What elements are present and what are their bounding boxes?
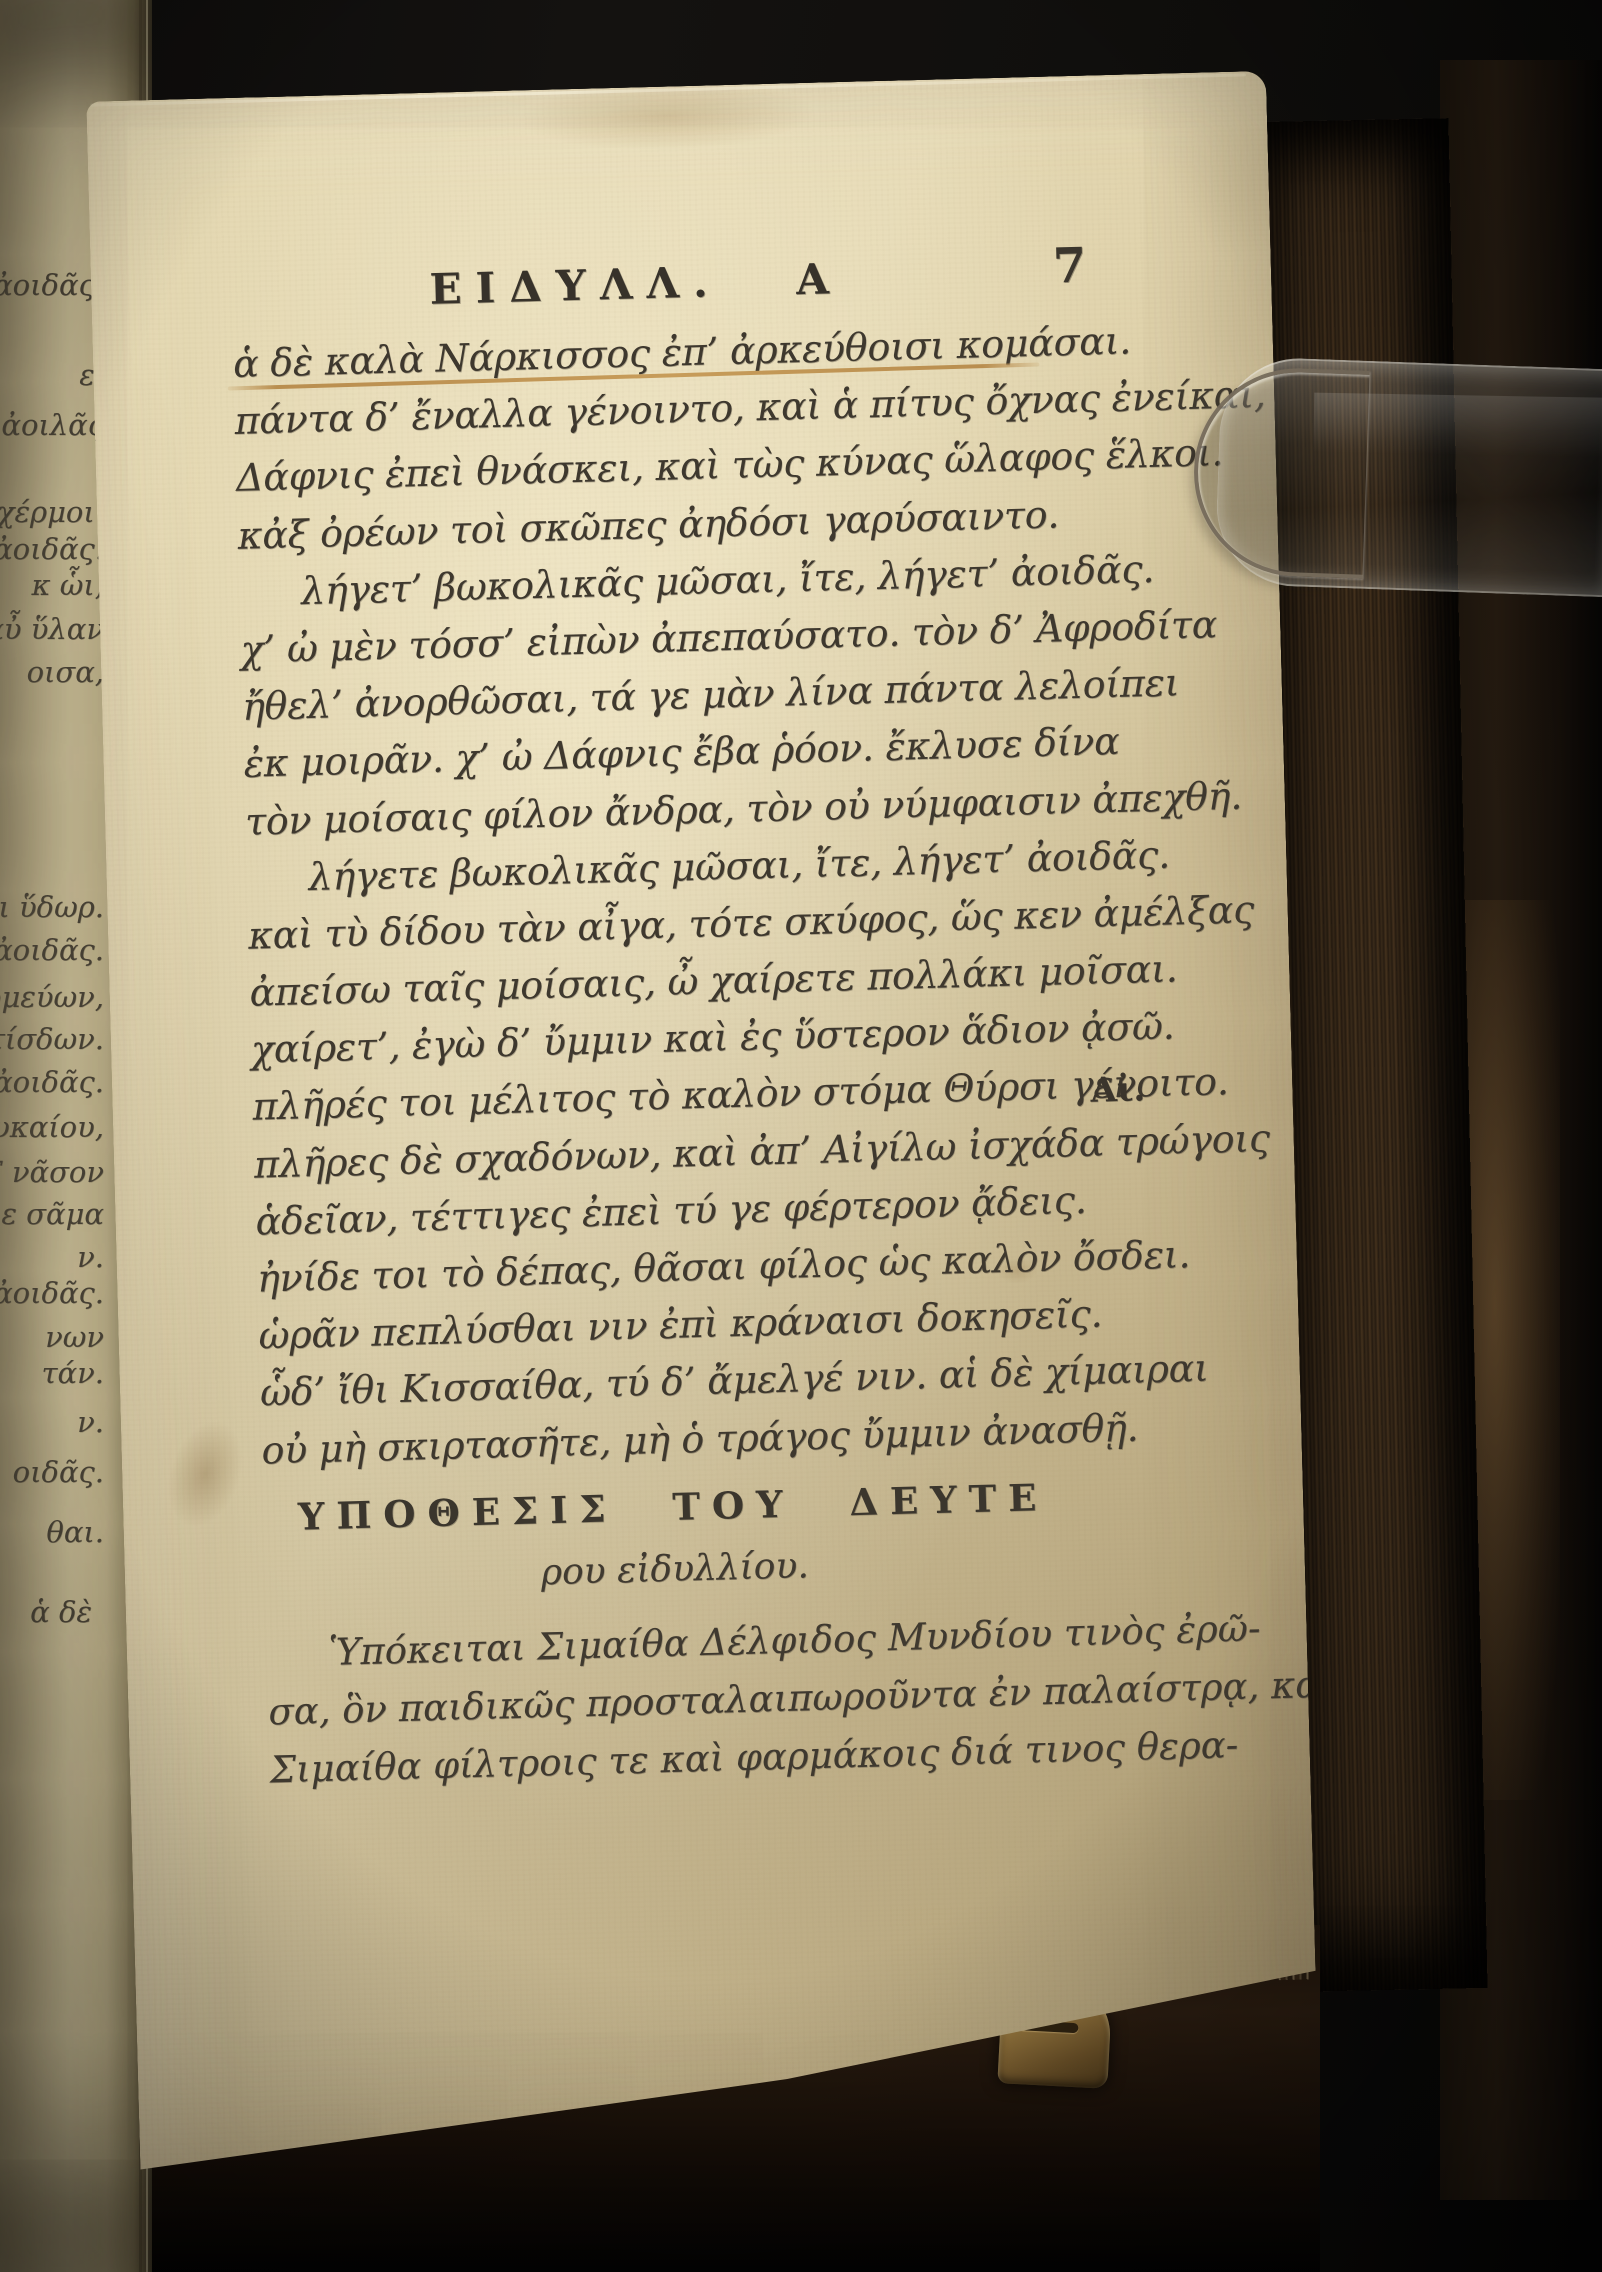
- facing-line-fragment: ἁ δὲ: [30, 1595, 92, 1629]
- page-number: 7: [1052, 238, 1087, 295]
- facing-line-fragment: ἀοιδᾶς.: [0, 1276, 104, 1310]
- facing-line-fragment: τ’ ἀοιδᾶς.: [0, 933, 104, 967]
- facing-line-fragment: θαι.: [46, 1515, 104, 1549]
- facing-line-fragment: τ’ ἀοιδᾶς.: [0, 532, 104, 566]
- paper-stain: [155, 1411, 256, 1538]
- facing-line-fragment: ν.: [77, 1240, 104, 1274]
- facing-line-fragment: κ ὧι,: [32, 568, 104, 602]
- section-subheading: ρου εἰδυλλίου.: [264, 1538, 1085, 1600]
- facing-line-fragment: ’Σ νᾶσον: [0, 1155, 104, 1189]
- facing-line-fragment: τάν.: [42, 1356, 104, 1390]
- strip-sheen: [1313, 393, 1602, 460]
- facing-line-fragment: τ’ ἀοιδᾶς.: [0, 1065, 104, 1099]
- facing-line-fragment: τ’ αὖ ὕλαν: [0, 612, 104, 646]
- facing-line-fragment: χέρμοι.: [0, 495, 104, 529]
- section-heading: ΥΠΟΘΕΣΙΣ ΤΟΥ ΔΕΥΤΕ: [263, 1474, 1084, 1539]
- facing-line-fragment: δοι ὕδωρ.: [0, 890, 104, 924]
- paper-stain: [516, 77, 818, 155]
- facing-line-fragment: τ’ ἀοιδᾶς.: [0, 268, 104, 302]
- facing-line-fragment: τ’ ἀοιλᾶς: [0, 408, 104, 442]
- facing-line-fragment: ε σᾶμα: [1, 1197, 104, 1231]
- page-holder-strip: [1188, 355, 1602, 597]
- facing-line-fragment: νομεύων,: [0, 980, 104, 1014]
- facing-line-fragment: υκαίου,: [0, 1110, 104, 1144]
- poem-text: ἁ δὲ καλὰ Νάρκισσος ἐπ’ ἀρκεύθοισι κομάσ…: [232, 315, 1082, 1480]
- facing-line-fragment: οισα,: [27, 655, 104, 689]
- book-page: ΕΙΔΥΛΛ. Α 7 ἁ δὲ καλὰ Νάρκισσος ἐπ’ ἀρκε…: [86, 71, 1321, 2201]
- running-head: ΕΙΔΥΛΛ. Α: [231, 249, 1042, 319]
- facing-line-fragment: ν.: [77, 1405, 104, 1439]
- speaker-abbreviation: Αἰ.: [1090, 1069, 1146, 1110]
- facing-line-fragment: οιδᾶς.: [13, 1455, 104, 1489]
- book-photo: τ’ ἀοιδᾶς. ε. τ’ ἀοιλᾶς χέρμοι. τ’ ἀοιδᾶ…: [0, 0, 1602, 2272]
- facing-line-fragment: νων: [45, 1320, 104, 1354]
- hypothesis-paragraph: Ὑπόκειται Σιμαίθα Δέλφιδος Μυνδίου τινὸς…: [266, 1604, 1110, 1800]
- facing-line-fragment: ρτίσδων.: [0, 1022, 104, 1056]
